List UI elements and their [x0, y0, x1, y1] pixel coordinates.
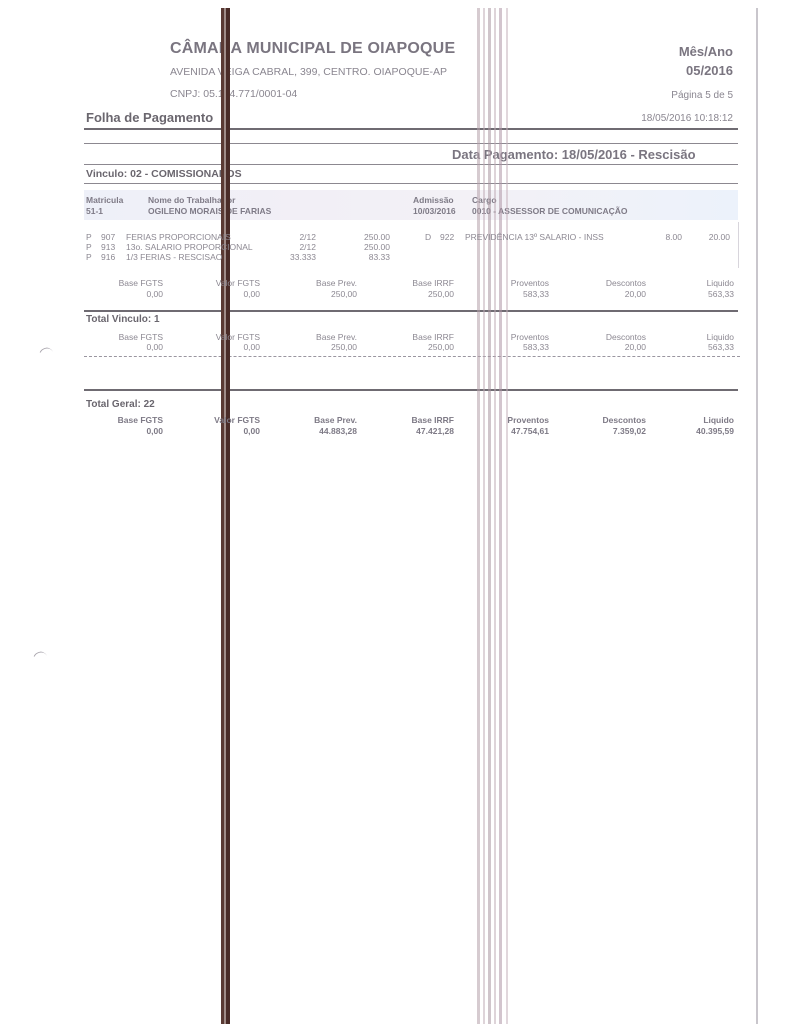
divider: [84, 310, 738, 312]
timestamp: 18/05/2016 10:18:12: [641, 113, 733, 124]
label-descontos: Descontos: [566, 415, 646, 425]
value-proventos: 583,33: [469, 289, 549, 299]
label-matricula: Matricula: [86, 195, 123, 205]
item-description: PREVIDÊNCIA 13º SALARIO - INSS: [465, 232, 604, 242]
label-proventos: Proventos: [469, 332, 549, 342]
label-base-prev: Base Prev.: [277, 332, 357, 342]
label-admissao: Admissão: [413, 195, 454, 205]
page-number: Página 5 de 5: [671, 90, 733, 101]
org-name: CÂMARA MUNICIPAL DE OIAPOQUE: [170, 40, 455, 58]
label-descontos: Descontos: [566, 332, 646, 342]
value-base-irrf: 250,00: [374, 342, 454, 352]
value-proventos: 583,33: [469, 342, 549, 352]
label-base-fgts: Base FGTS: [83, 415, 163, 425]
item-reference: 33.333: [270, 252, 316, 262]
mes-ano-value: 05/2016: [686, 63, 733, 78]
item-type: P: [86, 252, 92, 262]
value-base-irrf: 250,00: [374, 289, 454, 299]
scan-stripe: [494, 8, 496, 1024]
item-value: 83.33: [330, 252, 390, 262]
value-descontos: 20,00: [566, 289, 646, 299]
value-base-fgts: 0,00: [83, 426, 163, 436]
scan-mark: [31, 650, 49, 665]
item-type: P: [86, 232, 92, 242]
label-descontos: Descontos: [566, 278, 646, 288]
label-base-prev: Base Prev.: [277, 415, 357, 425]
label-proventos: Proventos: [469, 415, 549, 425]
value-liquido: 40.395,59: [654, 426, 734, 436]
value-descontos: 20,00: [566, 342, 646, 352]
value-base-fgts: 0,00: [83, 289, 163, 299]
employee-admissao: 10/03/2016: [413, 206, 456, 216]
item-reference: 8.00: [640, 232, 682, 242]
scan-stripe: [477, 8, 480, 1024]
mes-ano-label: Mês/Ano: [679, 44, 733, 59]
item-type: D: [425, 232, 431, 242]
item-code: 922: [440, 232, 454, 242]
value-base-prev: 250,00: [277, 342, 357, 352]
label-valor-fgts: Valor FGTS: [180, 415, 260, 425]
scan-stripe: [483, 8, 485, 1024]
scan-stripe: [499, 8, 502, 1024]
item-description: 1/3 FERIAS - RESCISAO: [126, 252, 222, 262]
employee-matricula: 51-1: [86, 206, 103, 216]
value-liquido: 563,33: [654, 342, 734, 352]
label-liquido: Liquido: [654, 415, 734, 425]
value-valor-fgts: 0,00: [180, 342, 260, 352]
divider: [84, 128, 738, 130]
total-geral-label: Total Geral: 22: [86, 399, 155, 410]
item-value: 20.00: [690, 232, 730, 242]
item-description: 13o. SALARIO PROPORCIONAL: [126, 242, 253, 252]
label-proventos: Proventos: [469, 278, 549, 288]
item-value: 250.00: [330, 232, 390, 242]
item-value: 250.00: [330, 242, 390, 252]
value-base-prev: 250,00: [277, 289, 357, 299]
value-valor-fgts: 0,00: [180, 426, 260, 436]
label-base-irrf: Base IRRF: [374, 278, 454, 288]
divider: [84, 183, 738, 184]
vinculo-title: Vinculo: 02 - COMISSIONADOS: [86, 168, 242, 180]
org-address: AVENIDA VEIGA CABRAL, 399, CENTRO. OIAPO…: [170, 66, 447, 78]
dashed-divider: [84, 356, 740, 357]
label-base-prev: Base Prev.: [277, 278, 357, 288]
item-description: FERIAS PROPORCIONAIS: [126, 232, 231, 242]
scan-mark: [37, 346, 55, 361]
label-liquido: Liquido: [654, 278, 734, 288]
org-cnpj: CNPJ: 05.124.771/0001-04: [170, 88, 297, 100]
employee-name: OGILENO MORAIS DE FARIAS: [148, 206, 271, 216]
item-code: 907: [101, 232, 115, 242]
item-reference: 2/12: [270, 232, 316, 242]
divider: [84, 389, 738, 391]
scan-stripe: [488, 8, 491, 1024]
scan-stripe: [506, 8, 508, 1024]
value-liquido: 563,33: [654, 289, 734, 299]
item-reference: 2/12: [270, 242, 316, 252]
value-descontos: 7.359,02: [566, 426, 646, 436]
label-base-irrf: Base IRRF: [374, 415, 454, 425]
value-base-prev: 44.883,28: [277, 426, 357, 436]
value-base-irrf: 47.421,28: [374, 426, 454, 436]
label-base-fgts: Base FGTS: [83, 278, 163, 288]
value-proventos: 47.754,61: [469, 426, 549, 436]
label-base-fgts: Base FGTS: [83, 332, 163, 342]
document-title: Folha de Pagamento: [86, 110, 213, 125]
divider: [84, 164, 738, 165]
divider: [84, 143, 738, 144]
item-code: 913: [101, 242, 115, 252]
label-valor-fgts: Valor FGTS: [180, 332, 260, 342]
label-valor-fgts: Valor FGTS: [180, 278, 260, 288]
total-vinculo-label: Total Vinculo: 1: [86, 314, 160, 325]
label-base-irrf: Base IRRF: [374, 332, 454, 342]
item-code: 916: [101, 252, 115, 262]
label-liquido: Liquido: [654, 332, 734, 342]
item-type: P: [86, 242, 92, 252]
scan-page-edge: [756, 8, 758, 1024]
value-valor-fgts: 0,00: [180, 289, 260, 299]
scan-stripe: [226, 8, 230, 1024]
value-base-fgts: 0,00: [83, 342, 163, 352]
